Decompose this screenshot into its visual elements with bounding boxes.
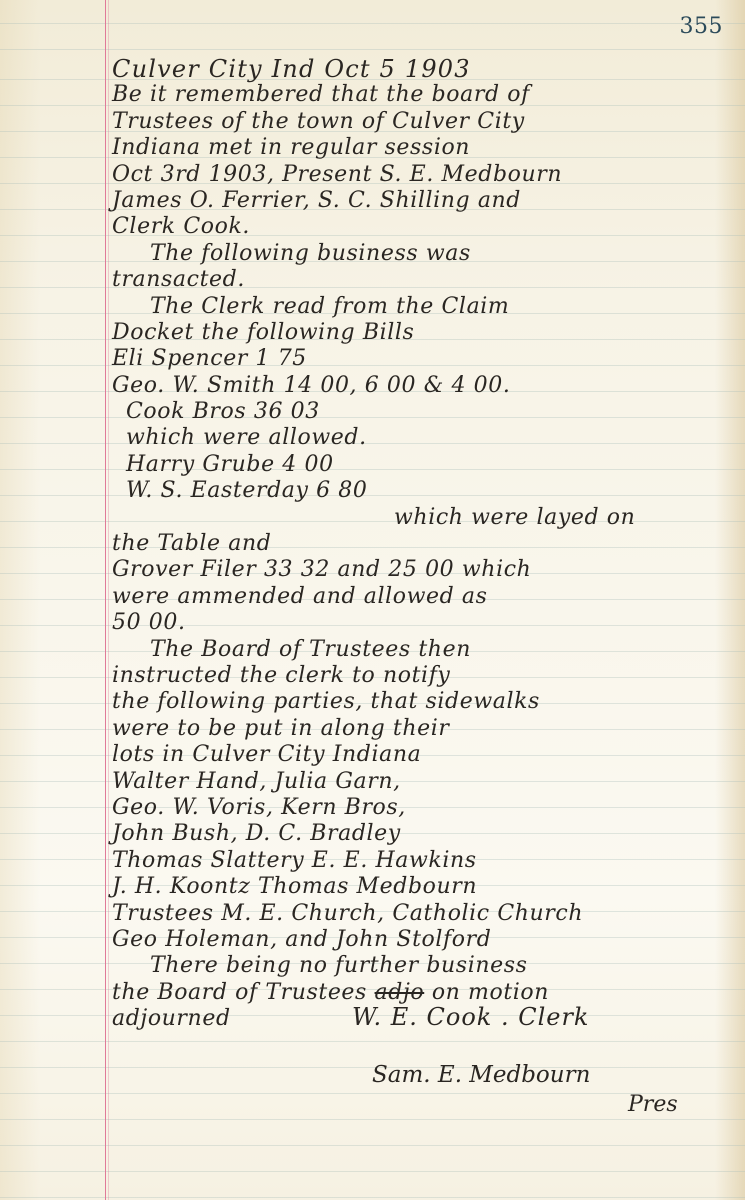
page-number: 355 xyxy=(680,14,724,39)
amended-line: Grover Filer 33 32 and 25 00 which xyxy=(112,557,722,583)
president-signature: Sam. E. Medbourn xyxy=(372,1062,590,1088)
margin-line xyxy=(105,0,106,1200)
allowed-note: which were allowed. xyxy=(112,425,722,451)
clerk-signature: W. E. Cook . Clerk xyxy=(352,1003,589,1031)
sidewalk-line: instructed the clerk to notify xyxy=(112,663,722,689)
minutes-line: Oct 3rd 1903, Present S. E. Medbourn xyxy=(112,162,722,188)
minutes-line: Trustees of the town of Culver City xyxy=(112,109,722,135)
party-line: Trustees M. E. Church, Catholic Church xyxy=(112,901,722,927)
party-line: Walter Hand, Julia Garn, xyxy=(112,769,722,795)
closing-text: on motion xyxy=(432,980,549,1005)
party-line: Geo Holeman, and John Stolford xyxy=(112,927,722,953)
president-title: Pres xyxy=(628,1092,678,1117)
bill-entry: Geo. W. Smith 14 00, 6 00 & 4 00. xyxy=(112,373,722,399)
minutes-line: James O. Ferrier, S. C. Shilling and xyxy=(112,188,722,214)
party-line: Geo. W. Voris, Kern Bros, xyxy=(112,795,722,821)
bill-entry: Cook Bros 36 03 xyxy=(112,399,722,425)
bill-entry: Eli Spencer 1 75 xyxy=(112,346,722,372)
party-line: Thomas Slattery E. E. Hawkins xyxy=(112,848,722,874)
party-line: John Bush, D. C. Bradley xyxy=(112,821,722,847)
sidewalk-line: lots in Culver City Indiana xyxy=(112,742,722,768)
closing-line: There being no further business xyxy=(112,953,722,979)
sidewalk-line: The Board of Trustees then xyxy=(112,637,722,663)
minutes-heading: Culver City Ind Oct 5 1903 xyxy=(112,56,722,82)
minutes-line: Clerk Cook. xyxy=(112,214,722,240)
tabled-note: which were layed on xyxy=(112,505,722,531)
sidewalk-line: were to be put in along their xyxy=(112,716,722,742)
closing-text: the Board of Trustees xyxy=(112,980,367,1005)
sidewalk-line: the following parties, that sidewalks xyxy=(112,689,722,715)
amended-line: were ammended and allowed as xyxy=(112,584,722,610)
minutes-line: Be it remembered that the board of xyxy=(112,82,722,108)
struck-word: adjo xyxy=(375,980,425,1005)
amended-line: 50 00. xyxy=(112,610,722,636)
minutes-text: Culver City Ind Oct 5 1903 Be it remembe… xyxy=(112,56,722,1032)
bill-entry: Harry Grube 4 00 xyxy=(112,452,722,478)
minutes-line: The Clerk read from the Claim xyxy=(112,294,722,320)
minutes-line: Indiana met in regular session xyxy=(112,135,722,161)
tabled-note: the Table and xyxy=(112,531,722,557)
minutes-line: The following business was xyxy=(112,241,722,267)
party-line: J. H. Koontz Thomas Medbourn xyxy=(112,874,722,900)
minutes-line: Docket the following Bills xyxy=(112,320,722,346)
margin-line-faint xyxy=(108,0,109,1200)
bill-entry: W. S. Easterday 6 80 xyxy=(112,478,722,504)
minutes-line: transacted. xyxy=(112,267,722,293)
